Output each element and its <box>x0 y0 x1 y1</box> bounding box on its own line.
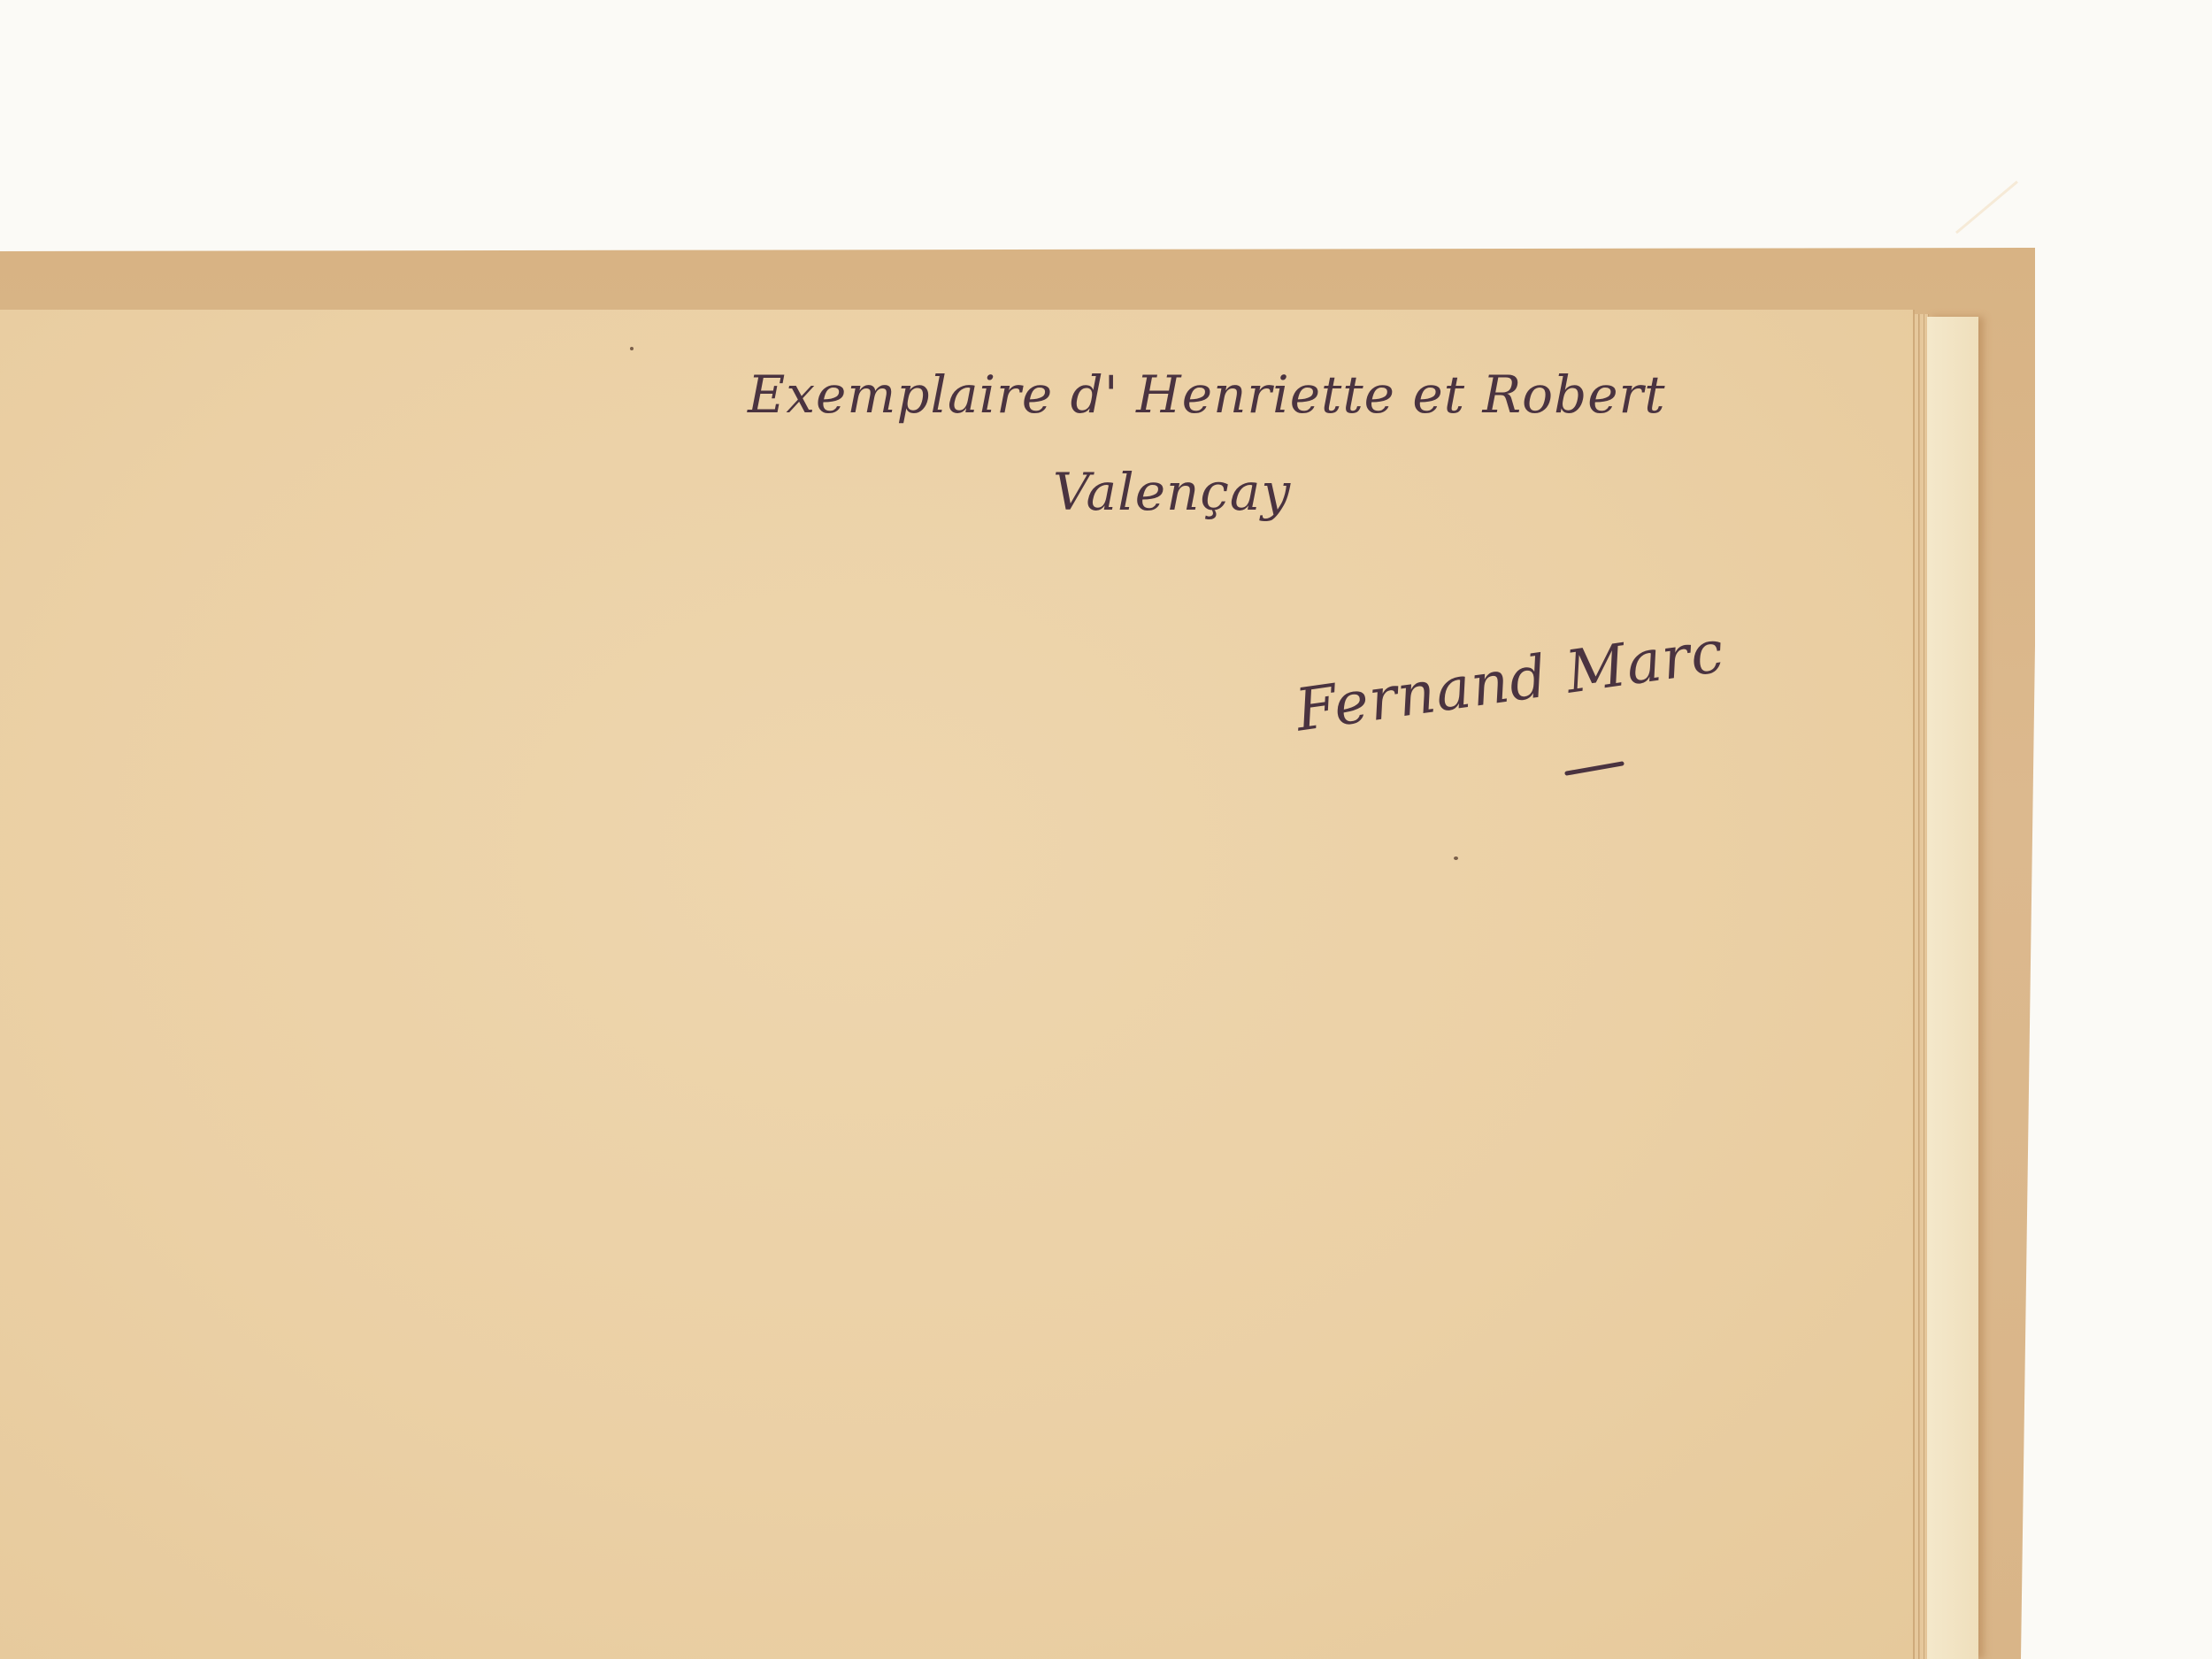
inscription-line-1: Exemplaire d' Henriette et Robert <box>748 365 1666 425</box>
ink-speck <box>1454 856 1458 860</box>
page-edge <box>1915 314 1919 1659</box>
book-page <box>0 310 1915 1659</box>
inscription-line-2: Valençay <box>1053 462 1291 522</box>
ink-speck <box>630 347 634 350</box>
cream-insert-sheet <box>1927 317 1978 1659</box>
